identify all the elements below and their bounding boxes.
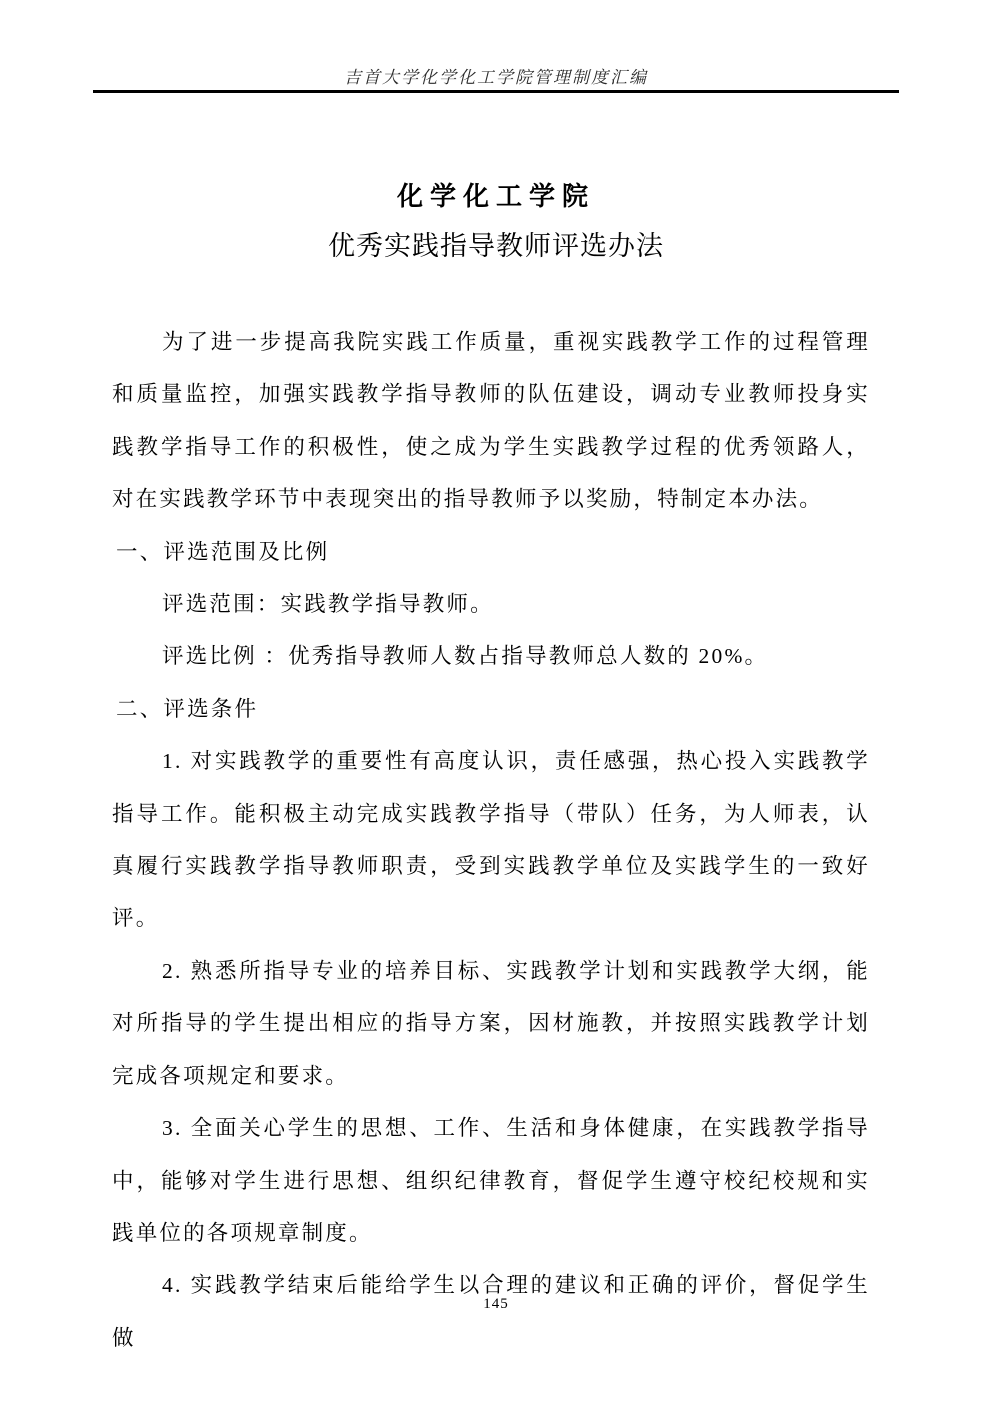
paragraph-scope: 评选范围：实践教学指导教师。 — [112, 578, 870, 630]
paragraph-intro: 为了进一步提高我院实践工作质量，重视实践教学工作的过程管理和质量监控，加强实践教… — [112, 316, 870, 526]
page-number: 145 — [0, 1296, 992, 1313]
document-title: 优秀实践指导教师评选办法 — [0, 224, 992, 263]
criteria-item-1: 1. 对实践教学的重要性有高度认识，责任感强，热心投入实践教学指导工作。能积极主… — [112, 735, 870, 945]
criteria-item-3: 3. 全面关心学生的思想、工作、生活和身体健康，在实践教学指导中，能够对学生进行… — [112, 1102, 870, 1259]
document-page: 吉首大学化学化工学院管理制度汇编 化学化工学院 优秀实践指导教师评选办法 为了进… — [0, 0, 992, 1403]
criteria-item-2: 2. 熟悉所指导专业的培养目标、实践教学计划和实践教学大纲，能对所指导的学生提出… — [112, 945, 870, 1102]
running-header: 吉首大学化学化工学院管理制度汇编 — [0, 63, 992, 88]
section-heading-criteria: 二、评选条件 — [112, 683, 870, 735]
department-title: 化学化工学院 — [0, 176, 992, 213]
paragraph-ratio: 评选比例 ：优秀指导教师人数占指导教师总人数的 20%。 — [112, 630, 870, 682]
section-heading-scope: 一、评选范围及比例 — [112, 526, 870, 578]
header-rule — [93, 90, 899, 93]
document-body: 为了进一步提高我院实践工作质量，重视实践教学工作的过程管理和质量监控，加强实践教… — [112, 316, 870, 1364]
